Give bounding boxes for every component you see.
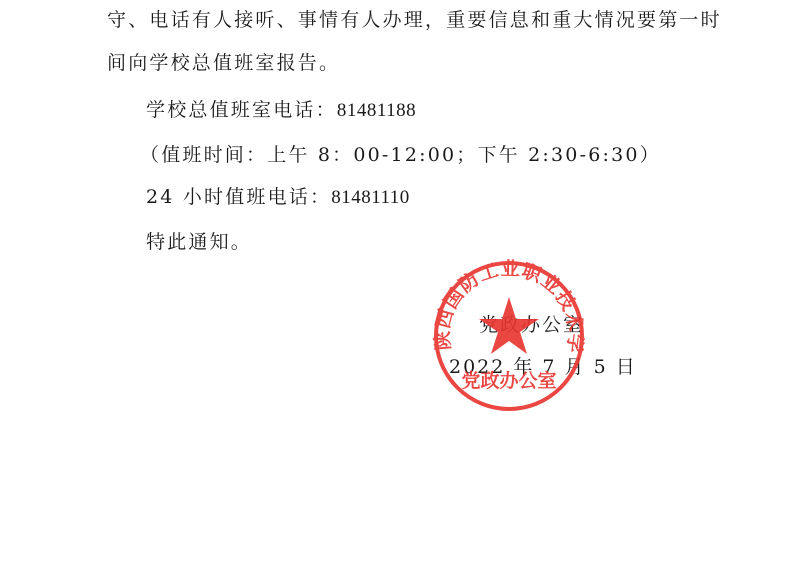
hotline-line: 24 小时值班电话：81481110 bbox=[146, 188, 410, 207]
hotline-label: 24 小时值班电话： bbox=[146, 186, 331, 208]
duty-hours: （值班时间：上午 8：00-12:00；下午 2:30-6:30） bbox=[140, 146, 661, 165]
duty-office-phone-line: 学校总值班室电话：81481188 bbox=[146, 101, 416, 120]
official-seal-icon: 陕西国防工业职业技术学院 党政办公室 bbox=[432, 259, 586, 413]
paragraph-line-1: 守、电话有人接听、事情有人办理，重要信息和重大情况要第一时 bbox=[107, 11, 722, 30]
duty-office-phone: 81481188 bbox=[337, 100, 416, 121]
hotline-phone: 81481110 bbox=[331, 187, 410, 208]
duty-office-label: 学校总值班室电话： bbox=[146, 99, 337, 121]
paragraph-line-2: 间向学校总值班室报告。 bbox=[107, 54, 340, 73]
closing-text: 特此通知。 bbox=[146, 233, 252, 252]
svg-text:党政办公室: 党政办公室 bbox=[461, 369, 556, 392]
